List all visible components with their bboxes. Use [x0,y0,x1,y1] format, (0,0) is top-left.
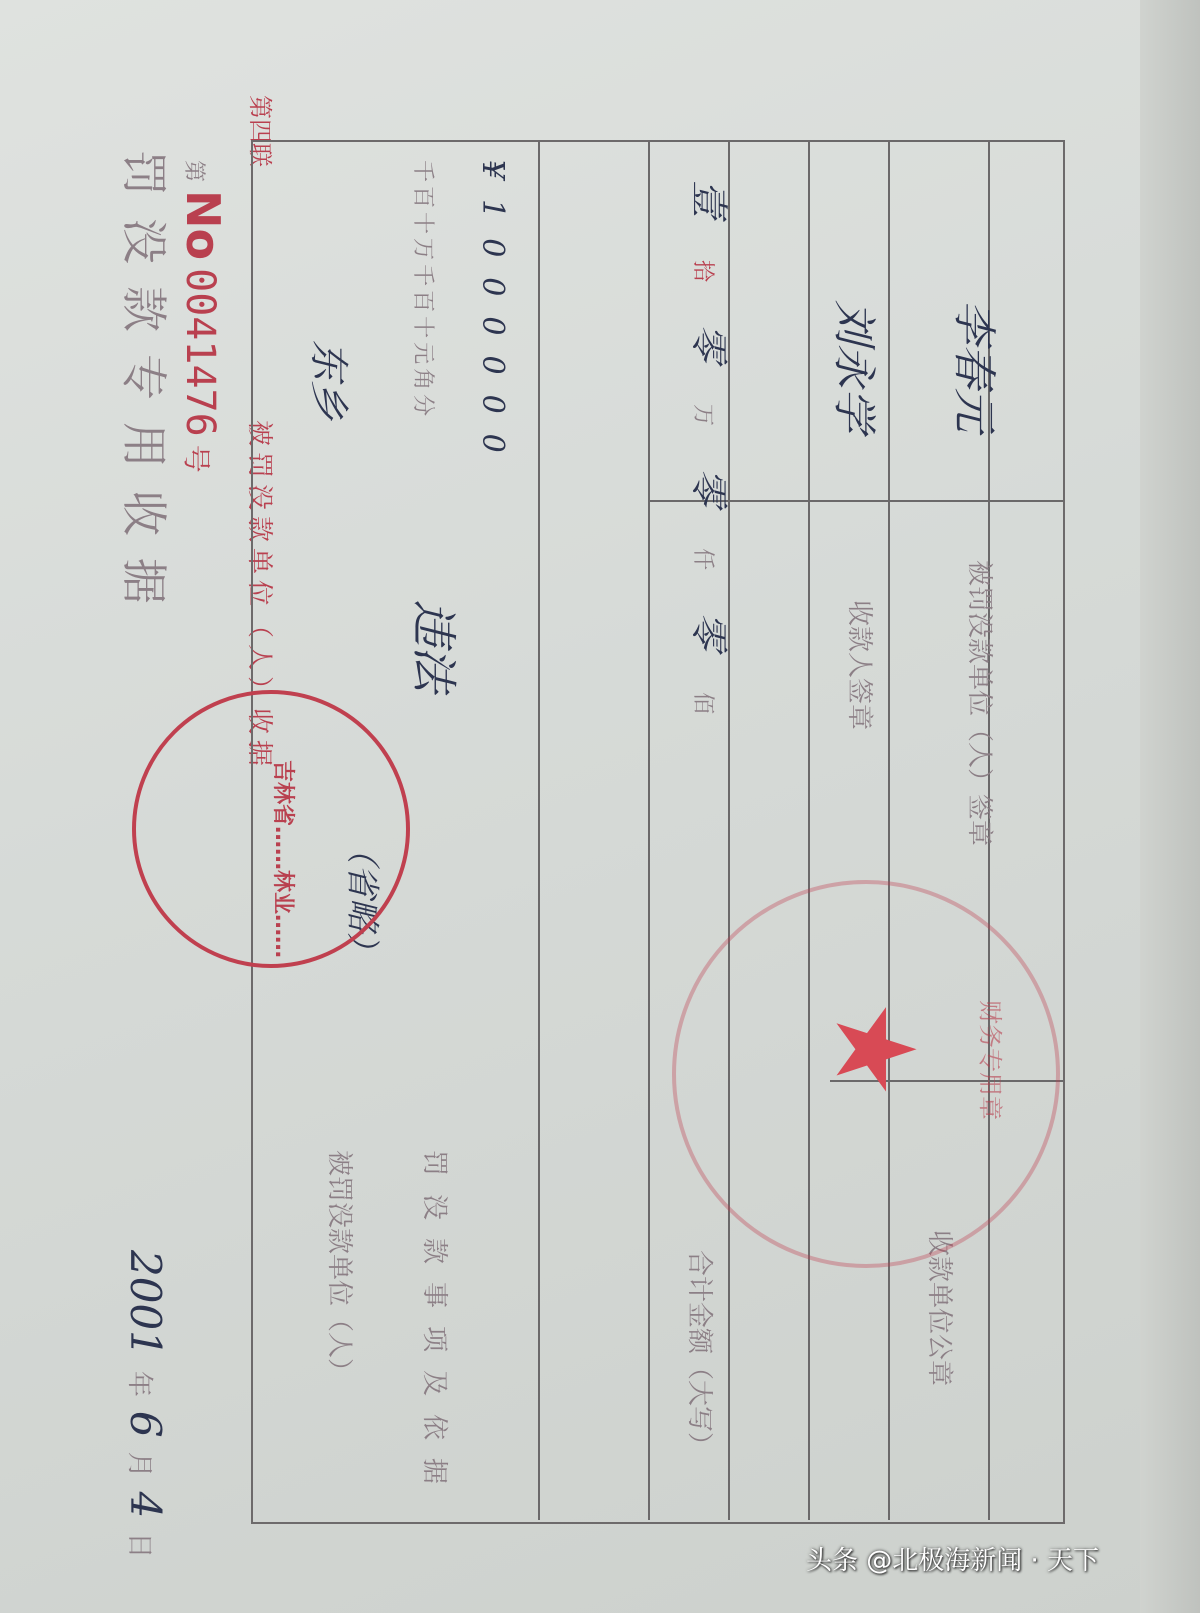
payer-seal-text: 吉林省……林业…… [269,760,300,958]
total-digit: 零 [685,468,740,506]
digit: 0 [475,395,510,434]
digit: 0 [475,316,510,355]
col: 十 [410,316,435,342]
payer-label: 被罚没款单位（人） [323,1150,360,1384]
amount-column-header: 千百十万千百十元角分 [409,160,440,420]
total-digit: 零 [685,324,740,362]
col: 分 [410,394,435,420]
digit: 1 [475,199,510,238]
col: 万 [410,238,435,264]
day-label: 日 [123,1532,160,1558]
receiver-label: 收款人签章 [843,600,880,730]
divider [809,140,811,1520]
col: 十 [410,212,435,238]
date-month: 6 [121,1411,170,1438]
month-label: 月 [123,1452,160,1478]
watermark: 头条 @北极海新闻 · 天下 [806,1540,1099,1577]
total-unit: 万 [689,404,720,426]
col: 千 [410,160,435,186]
total-amount-words: 壹拾 零万 零仟 零佰 [685,180,740,714]
date-day: 4 [121,1492,170,1519]
divider [539,140,541,1520]
serial-number: 第 No 0041476 号 [176,160,230,473]
serial-prefix: 第 [180,160,211,182]
total-digit: 零 [685,612,740,650]
date-year: 2001 [121,1250,170,1357]
total-unit: 拾 [689,260,720,282]
col: 百 [410,290,435,316]
col: 元 [410,342,435,368]
payer-signature: 李春元 [946,300,1010,432]
total-unit: 佰 [689,692,720,714]
receiver-signature: 刘永学 [826,300,890,432]
amount-digits: ¥1000000 [475,160,510,473]
digit: 0 [475,238,510,277]
digit: 0 [475,277,510,316]
serial-value: 0041476 [177,268,223,437]
item-label: 罚没款事项及依据 [418,1150,455,1502]
receipt-form: 罚没款专用收据 第四联 被罚没款单位（人）收据 第 No 0041476 号 2… [0,0,1160,1613]
payer-sign-label: 被罚没款单位（人）签章 [963,560,1000,846]
item-value: 违法 [404,600,470,692]
col: 百 [410,186,435,212]
total-label: 合计金额（大写） [683,1250,720,1458]
serial-no-mark: No [176,190,230,260]
collector-seal-text: 财务专用章 [975,1000,1010,1120]
divider [649,140,651,1520]
receipt-title: 罚没款专用收据 [114,150,180,626]
col: 角 [410,368,435,394]
col: 千 [410,264,435,290]
total-digit: 壹 [685,180,740,218]
date-row: 2001 年 6 月 4 日 [121,1250,170,1558]
star-icon: ★ [820,1000,930,1099]
digit: ¥ [475,160,510,199]
year-label: 年 [123,1371,160,1397]
digit: 0 [475,355,510,394]
total-unit: 仟 [689,548,720,570]
divider [650,140,1065,142]
digit: 0 [475,434,510,473]
place-value: 东乡 [303,340,360,420]
serial-suffix: 号 [178,445,218,473]
